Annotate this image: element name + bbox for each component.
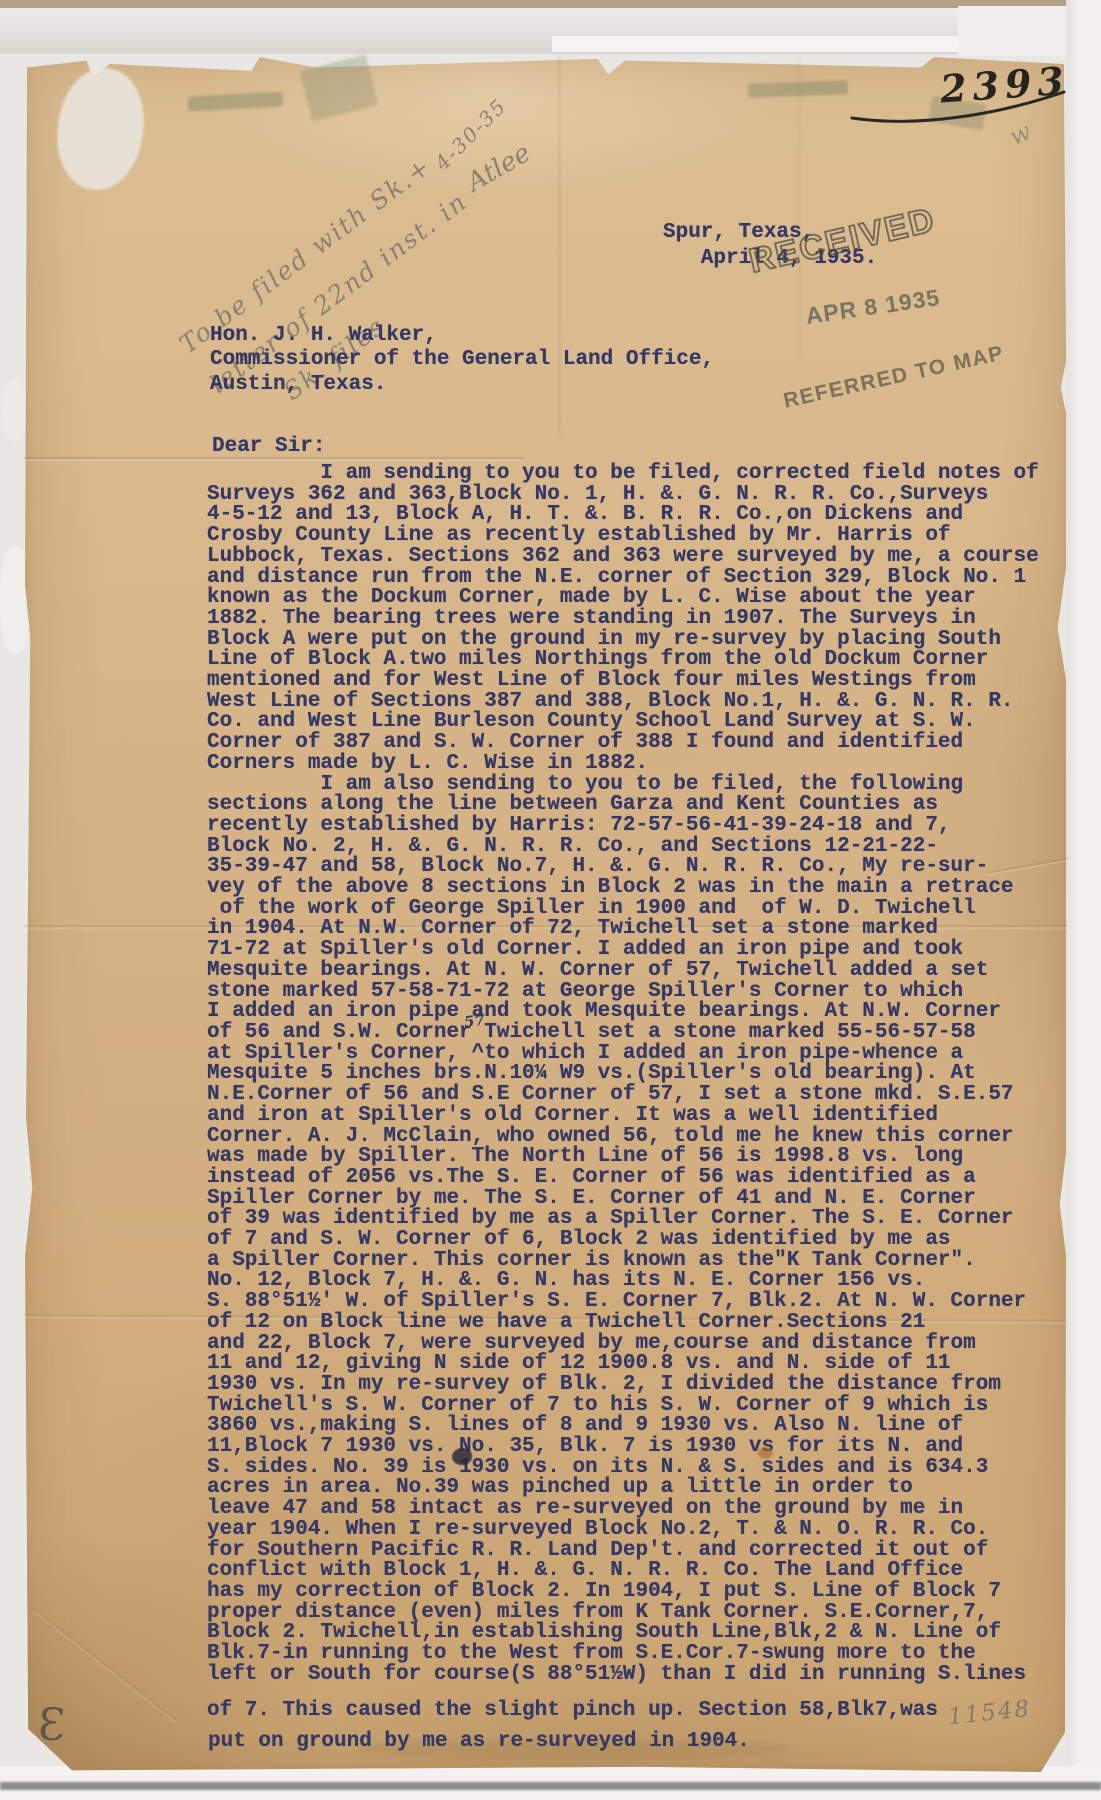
pencil-bottom-left-mark: Ɛ <box>38 1700 65 1751</box>
handwritten-insertion-57: 57 <box>463 1011 486 1032</box>
backing-tear-1 <box>2 380 28 442</box>
recipient-address: Hon. J. H. Walker, Commissioner of the G… <box>210 324 714 397</box>
salutation: Dear Sir: <box>212 436 325 458</box>
scanned-letter-page: To be filed with Sk.+ letter of 22nd ins… <box>0 0 1101 1800</box>
scan-edge-line <box>0 1782 1101 1790</box>
paper-fold-vertical-2 <box>798 56 800 356</box>
scan-edge-top <box>0 0 1101 8</box>
scan-background-right <box>1066 0 1101 1800</box>
letter-body-closing-line-2: put on ground by me as re-surveyed in 19… <box>208 1731 750 1753</box>
file-number-underline <box>850 88 1068 126</box>
ink-blot-amber <box>758 1447 773 1459</box>
letter-body-closing-line-1: of 7. This caused the slight pinch up. S… <box>207 1700 938 1722</box>
letter-body: I am sending to you to be filed, correct… <box>207 464 1039 1685</box>
ink-blot-dark <box>452 1448 472 1465</box>
